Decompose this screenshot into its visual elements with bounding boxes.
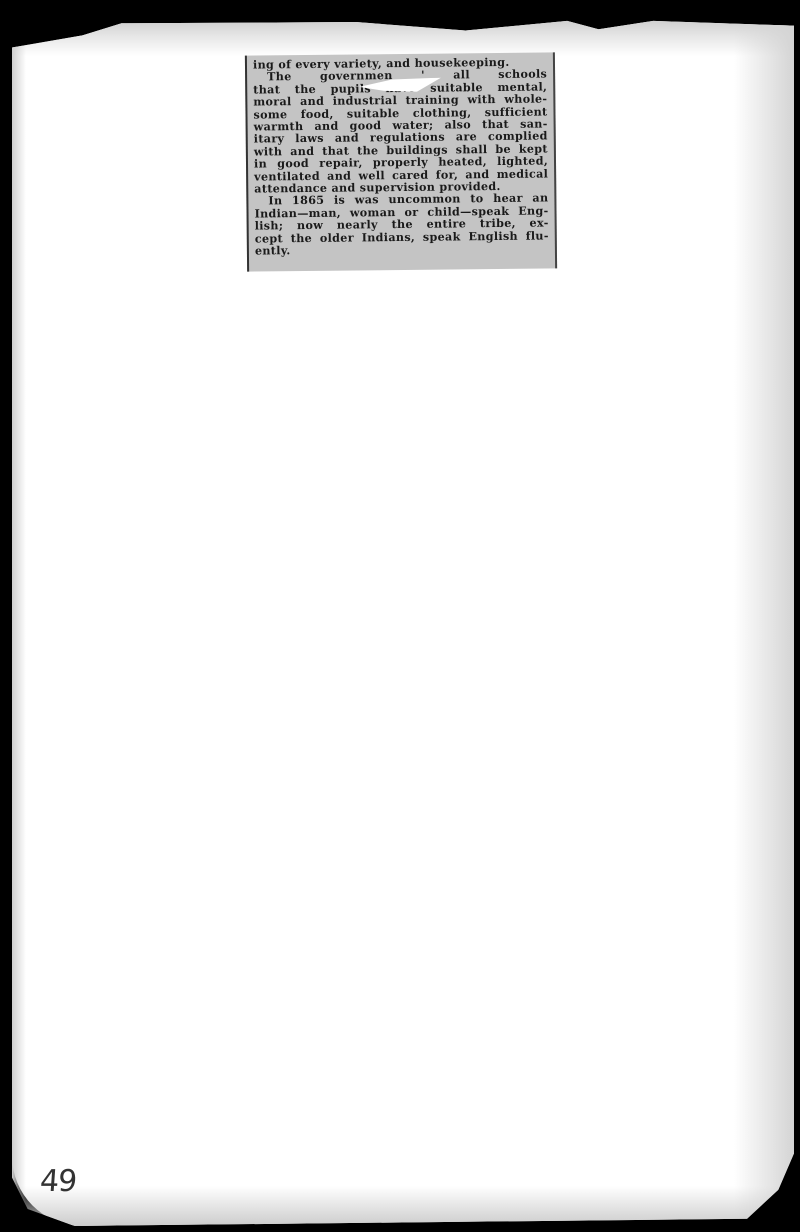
paper-edge-shading-top — [12, 16, 794, 56]
scan-background: ing of every variety, and housekeeping. … — [0, 0, 800, 1232]
paper-edge-shading-bottom — [12, 1186, 794, 1226]
clipping-line: cept the older Indians, speak English fl… — [255, 229, 549, 244]
paper-edge-shading-right — [734, 16, 794, 1226]
handwritten-page-number: 49 — [39, 1164, 78, 1199]
newspaper-clipping: ing of every variety, and housekeeping. … — [245, 52, 557, 271]
paper-edge-shading-left — [12, 16, 26, 1226]
